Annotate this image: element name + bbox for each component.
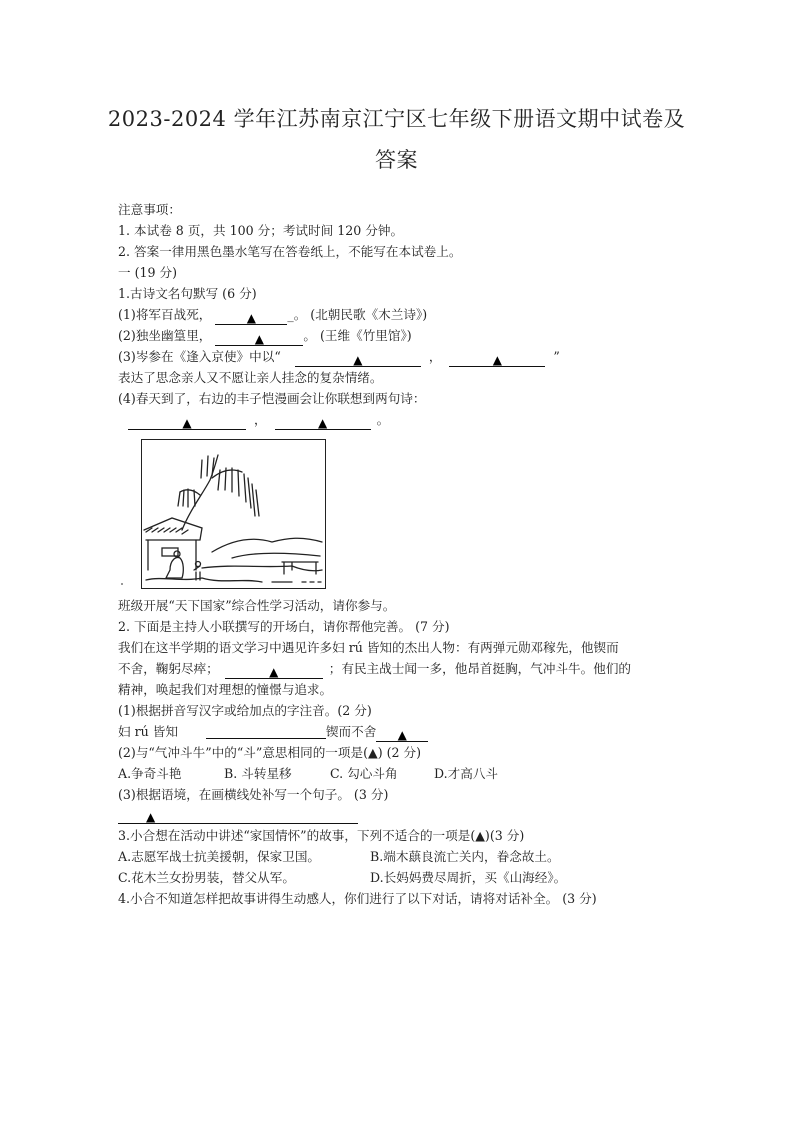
triangle-marker-icon: ▲ (146, 810, 155, 824)
q1-item-2: (2)独坐幽篁里，▲。 (王维《竹里馆》) (118, 327, 412, 346)
notice-heading: 注意事项： (118, 201, 181, 219)
answer-blank[interactable] (206, 723, 326, 739)
q1-item-1: (1)将军百战死，▲_。 (北朝民歌《木兰诗》) (118, 306, 427, 325)
sub1-item-b: 锲而不舍 (326, 724, 376, 739)
q3-option-a[interactable]: A.志愿军战士抗美援朝，保家卫国。 (118, 848, 370, 866)
q1-item-3-prefix: (3)岑参在《逢入京使》中以“ (118, 349, 281, 364)
q4-title: 4.小合不知道怎样把故事讲得生动感人，你们进行了以下对话，请将对话补全。 (3 … (118, 890, 597, 908)
option-a[interactable]: A.争奇斗艳 (118, 765, 224, 783)
section-1-heading: 一 (19 分) (118, 264, 177, 282)
q2-sub2-options: A.争奇斗艳B. 斗转星移C. 勾心斗角D.才高八斗 (118, 765, 498, 783)
q1-item-4: (4)春天到了，右边的丰子恺漫画会让你联想到两句诗： (118, 390, 426, 408)
answer-blank[interactable]: ▲ (128, 414, 246, 430)
triangle-marker-icon: ▲ (255, 332, 264, 346)
answer-blank[interactable]: ▲ (376, 726, 428, 742)
sub1-item-a: 妇 rú 皆知 (118, 724, 178, 739)
q2-sub3-title: (3)根据语境，在画横线处补写一个句子。 (3 分) (118, 786, 388, 804)
triangle-marker-icon: ▲ (247, 311, 256, 325)
q3-options-row-2: C.花木兰女扮男装，替父从军。D.长妈妈费尽周折，买《山海经》。 (118, 869, 566, 887)
q3-option-b[interactable]: B.端木蕻良流亡关内，眷念故土。 (370, 849, 560, 864)
triangle-marker-icon: ▲ (353, 353, 362, 367)
answer-blank[interactable]: ▲ (449, 351, 545, 367)
q1-item-1-suffix: _。 (北朝民歌《木兰诗》) (287, 307, 427, 322)
q3-options-row-1: A.志愿军战士抗美援朝，保家卫国。B.端木蕻良流亡关内，眷念故土。 (118, 848, 560, 866)
triangle-marker-icon: ▲ (398, 728, 407, 742)
passage-text: 不舍，鞠躬尽瘁； (118, 661, 219, 676)
answer-blank[interactable]: ▲ (118, 808, 358, 824)
q2-title: 2. 下面是主持人小联撰写的开场白，请你帮他完善。 (7 分) (118, 618, 450, 636)
option-b[interactable]: B. 斗转星移 (224, 765, 330, 783)
q1-item-4-suffix: 。 (377, 412, 390, 427)
q1-item-3: (3)岑参在《逢入京使》中以“▲，▲” (118, 348, 560, 367)
notice-item-2: 2. 答案一律用黑色墨水笔写在答卷纸上，不能写在本试卷上。 (118, 243, 461, 261)
document-title-line-2: 答案 (0, 144, 793, 174)
triangle-marker-icon: ▲ (269, 665, 278, 679)
q2-passage-line-1: 我们在这半学期的语文学习中遇见许多妇 rú 皆知的杰出人物：有两弹元勋邓稼先，他… (118, 639, 619, 657)
q2-sub1-title: (1)根据拼音写汉字或给加点的字注音。(2 分) (118, 702, 372, 720)
activity-intro: 班级开展“天下国家”综合性学习活动，请你参与。 (118, 597, 395, 615)
q1-item-4-blanks: ▲，▲。 (118, 411, 389, 430)
triangle-marker-icon: ▲ (318, 416, 327, 430)
passage-text: ；有民主战士闻一多，他昂首挺胸，气冲斗牛。他们的 (329, 661, 631, 676)
separator: ， (429, 349, 442, 364)
q3-option-d[interactable]: D.长妈妈费尽周折，买《山海经》。 (370, 870, 566, 885)
answer-blank[interactable]: ▲ (215, 330, 303, 346)
option-c[interactable]: C. 勾心斗角 (330, 765, 434, 783)
q1-title: 1.古诗文名句默写 (6 分) (118, 285, 257, 303)
triangle-marker-icon: ▲ (182, 416, 191, 430)
separator: ， (254, 412, 267, 427)
q2-sub1-items: 妇 rú 皆知锲而不舍▲ (118, 723, 428, 742)
answer-blank[interactable]: ▲ (295, 351, 421, 367)
answer-blank[interactable]: ▲ (275, 414, 371, 430)
q3-option-c[interactable]: C.花木兰女扮男装，替父从军。 (118, 869, 370, 887)
feng-zikai-illustration (141, 439, 326, 589)
triangle-marker-icon: ▲ (493, 353, 502, 367)
answer-blank[interactable]: ▲ (225, 663, 323, 679)
q1-item-2-suffix: 。 (王维《竹里馆》) (303, 328, 411, 343)
document-title-line-1: 2023-2024 学年江苏南京江宁区七年级下册语文期中试卷及 (0, 103, 793, 133)
landscape-sketch-icon (142, 440, 325, 588)
notice-item-1: 1. 本试卷 8 页，共 100 分；考试时间 120 分钟。 (118, 222, 403, 240)
q1-item-2-prefix: (2)独坐幽篁里， (118, 328, 211, 343)
q3-title: 3.小合想在活动中讲述“家国情怀”的故事，下列不适合的一项是(▲)(3 分) (118, 827, 524, 845)
stray-mark (121, 583, 123, 585)
q2-sub3-blank-line: ▲ (118, 805, 358, 824)
q2-sub2-title: (2)与“气冲斗牛”中的“斗”意思相同的一项是(▲) (2 分) (118, 744, 421, 762)
answer-blank[interactable]: ▲ (215, 309, 287, 325)
q2-passage-line-2: 不舍，鞠躬尽瘁；▲；有民主战士闻一多，他昂首挺胸，气冲斗牛。他们的 (118, 660, 631, 679)
q1-item-3-suffix: ” (553, 349, 559, 364)
option-d[interactable]: D.才高八斗 (434, 766, 498, 781)
q1-item-3-continuation: 表达了思念亲人又不愿让亲人挂念的复杂情绪。 (118, 369, 382, 387)
q1-item-1-prefix: (1)将军百战死， (118, 307, 211, 322)
q2-passage-line-3: 精神，唤起我们对理想的憧憬与追求。 (118, 681, 332, 699)
